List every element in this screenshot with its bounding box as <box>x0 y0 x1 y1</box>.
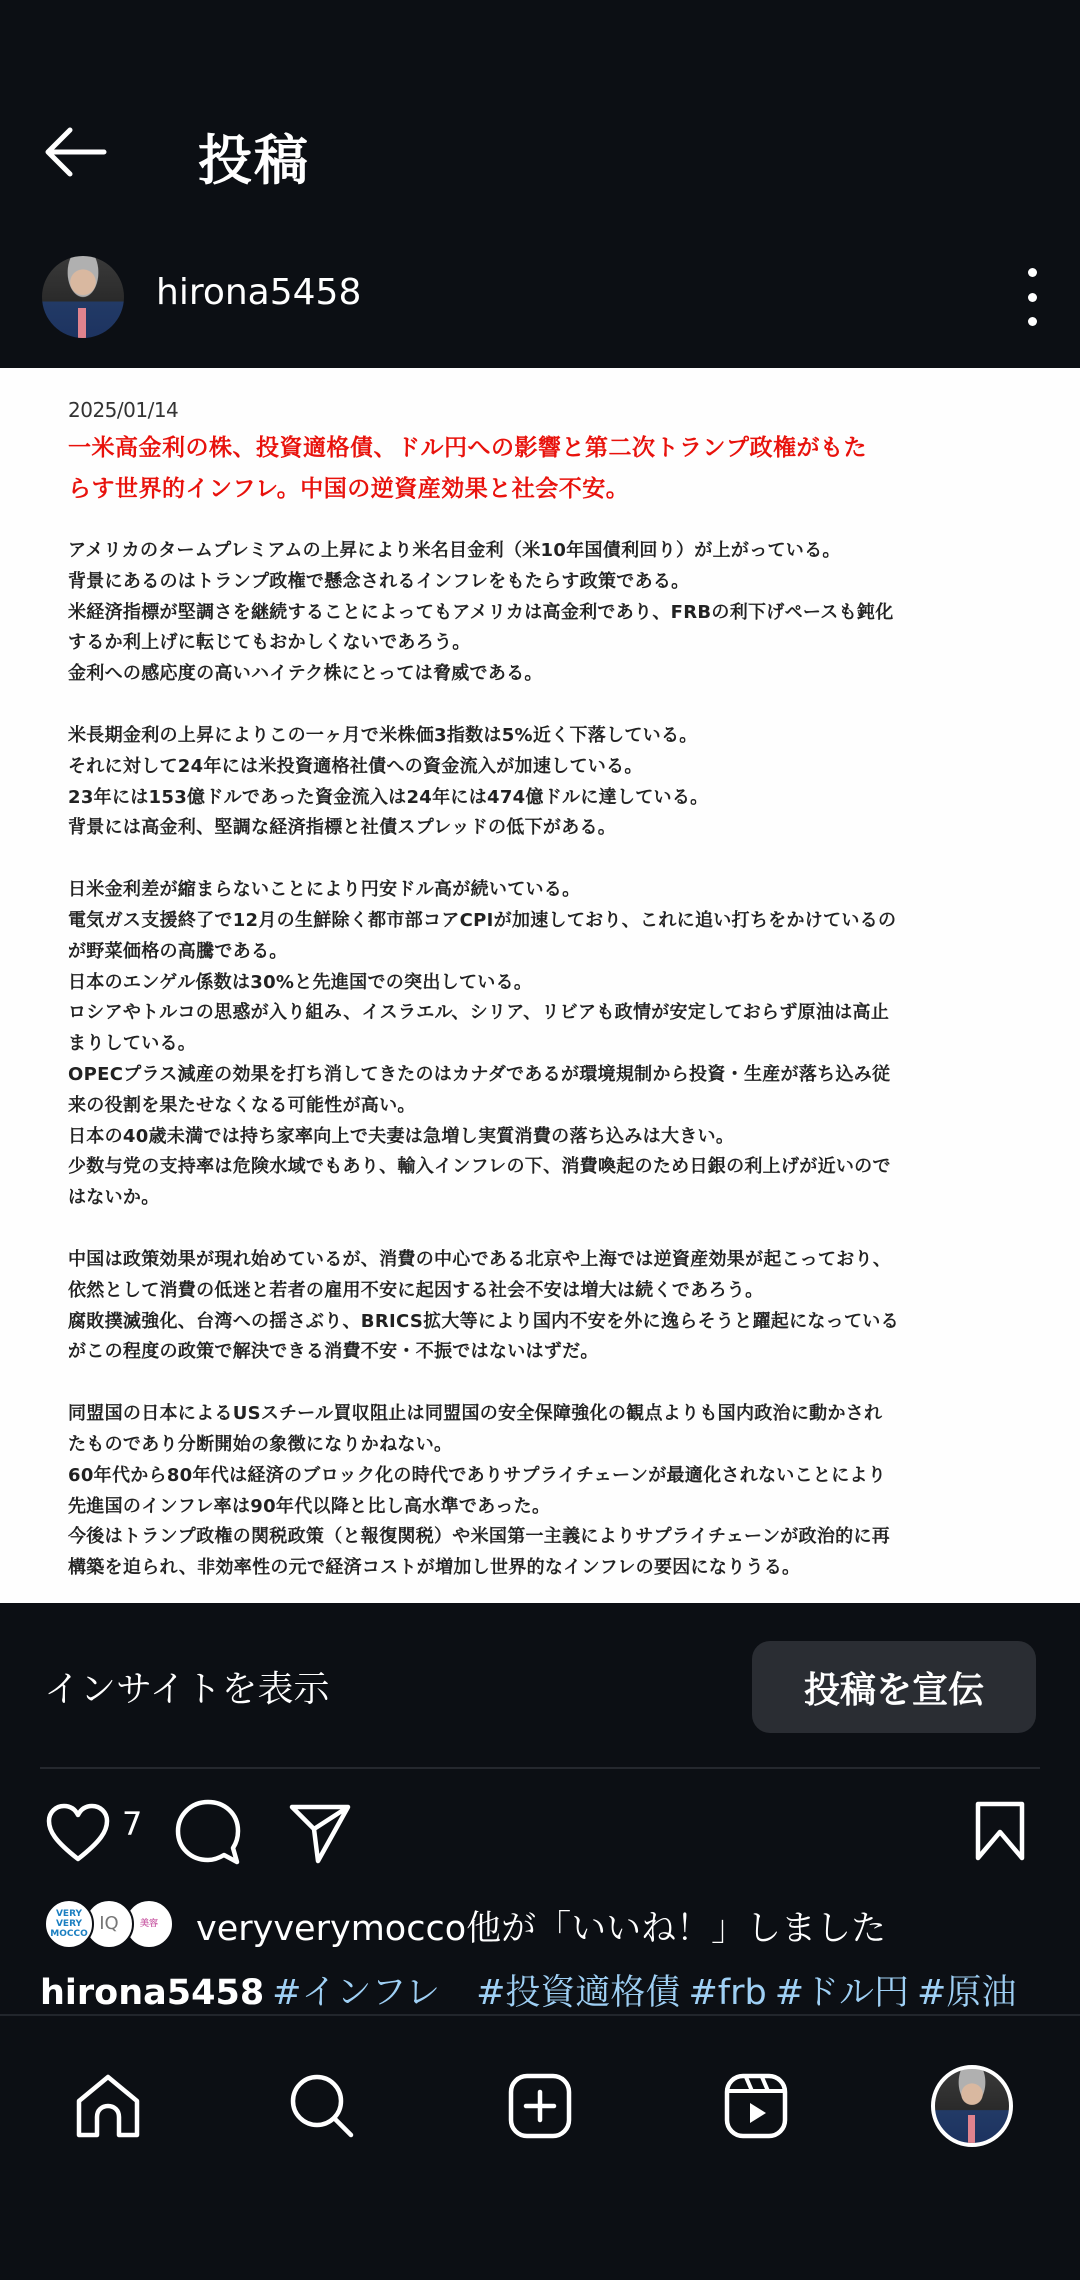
reels-icon <box>724 2073 788 2139</box>
doc-paragraph: 同盟国の日本によるUSスチール買収阻止は同盟国の安全保障強化の観点よりも国内政治… <box>68 1399 1012 1584</box>
heart-outline-icon <box>45 1803 111 1863</box>
post-actions-area: インサイトを表示 投稿を宣伝 7 VERY VERY MOCCO IQ 美容 v… <box>0 1603 1080 1767</box>
arrow-left-icon <box>44 127 108 177</box>
vertical-ellipsis-icon <box>1028 268 1037 277</box>
hashtag-link[interactable]: #投資適格債 <box>476 1973 680 2013</box>
more-options-button[interactable] <box>1014 262 1050 332</box>
nav-search[interactable] <box>272 2056 372 2156</box>
author-username[interactable]: hirona5458 <box>156 272 361 313</box>
doc-paragraph: アメリカのタームプレミアムの上昇により米名目金利（米10年国債利回り）が上がって… <box>68 536 1012 690</box>
liked-by-text[interactable]: veryverymocco他が「いいね！」しました <box>196 1901 886 1951</box>
liker-avatars: VERY VERY MOCCO IQ 美容 <box>44 1899 174 1953</box>
post-header: hirona5458 <box>0 200 1080 368</box>
caption-username[interactable]: hirona5458 <box>40 1973 264 2013</box>
save-button[interactable] <box>970 1793 1030 1869</box>
hashtag-link[interactable]: #原油 <box>917 1973 1016 2013</box>
post-image[interactable]: 2025/01/14 一米高金利の株、投資適格債、ドル円への影響と第二次トランプ… <box>0 368 1080 1603</box>
comment-button[interactable] <box>172 1795 244 1871</box>
doc-headline: 一米高金利の株、投資適格債、ドル円への影響と第二次トランプ政権がもた らす世界的… <box>68 428 1012 510</box>
nav-profile[interactable] <box>922 2056 1022 2156</box>
back-button[interactable] <box>40 122 112 182</box>
hashtag-link[interactable]: #ドル円 <box>775 1973 909 2013</box>
nav-home[interactable] <box>58 2056 158 2156</box>
page-title: 投稿 <box>198 118 310 195</box>
author-avatar[interactable] <box>42 256 124 338</box>
view-insights-link[interactable]: インサイトを表示 <box>44 1661 329 1712</box>
nav-reels[interactable] <box>706 2056 806 2156</box>
nav-create[interactable] <box>490 2056 590 2156</box>
share-button[interactable] <box>284 1797 356 1869</box>
bookmark-icon <box>974 1800 1026 1862</box>
profile-avatar <box>931 2065 1013 2147</box>
insights-row: インサイトを表示 投稿を宣伝 <box>0 1603 1080 1767</box>
liked-by-row[interactable]: VERY VERY MOCCO IQ 美容 veryverymocco他が「いい… <box>0 1893 1080 1959</box>
doc-paragraph: 日米金利差が縮まらないことにより円安ドル高が続いている。 電気ガス支援終了で12… <box>68 875 1012 1214</box>
search-icon <box>289 2073 355 2139</box>
liker-avatar: VERY VERY MOCCO <box>44 1899 94 1949</box>
divider <box>40 1767 1040 1769</box>
status-bar <box>0 0 1080 100</box>
hashtag-link[interactable]: #frb <box>688 1973 766 2013</box>
doc-date: 2025/01/14 <box>68 398 1012 422</box>
doc-paragraph: 中国は政策効果が現れ始めているが、消費の中心である北京や上海では逆資産効果が起こ… <box>68 1245 1012 1368</box>
plus-square-icon <box>508 2073 572 2139</box>
hashtag-link[interactable]: #インフレ <box>272 1973 440 2013</box>
like-count[interactable]: 7 <box>122 1805 142 1843</box>
doc-paragraph: 米長期金利の上昇によりこの一ヶ月で米株価3指数は5%近く下落している。 それに対… <box>68 721 1012 844</box>
promote-post-button[interactable]: 投稿を宣伝 <box>752 1641 1036 1733</box>
like-button[interactable] <box>42 1797 114 1869</box>
caption: hirona5458#インフレ#投資適格債#frb#ドル円#原油 <box>40 1965 1060 2015</box>
comment-icon <box>175 1798 241 1868</box>
send-icon <box>288 1801 352 1865</box>
app-header: 投稿 <box>0 100 1080 200</box>
home-icon <box>75 2073 141 2139</box>
bottom-nav <box>0 2014 1080 2280</box>
